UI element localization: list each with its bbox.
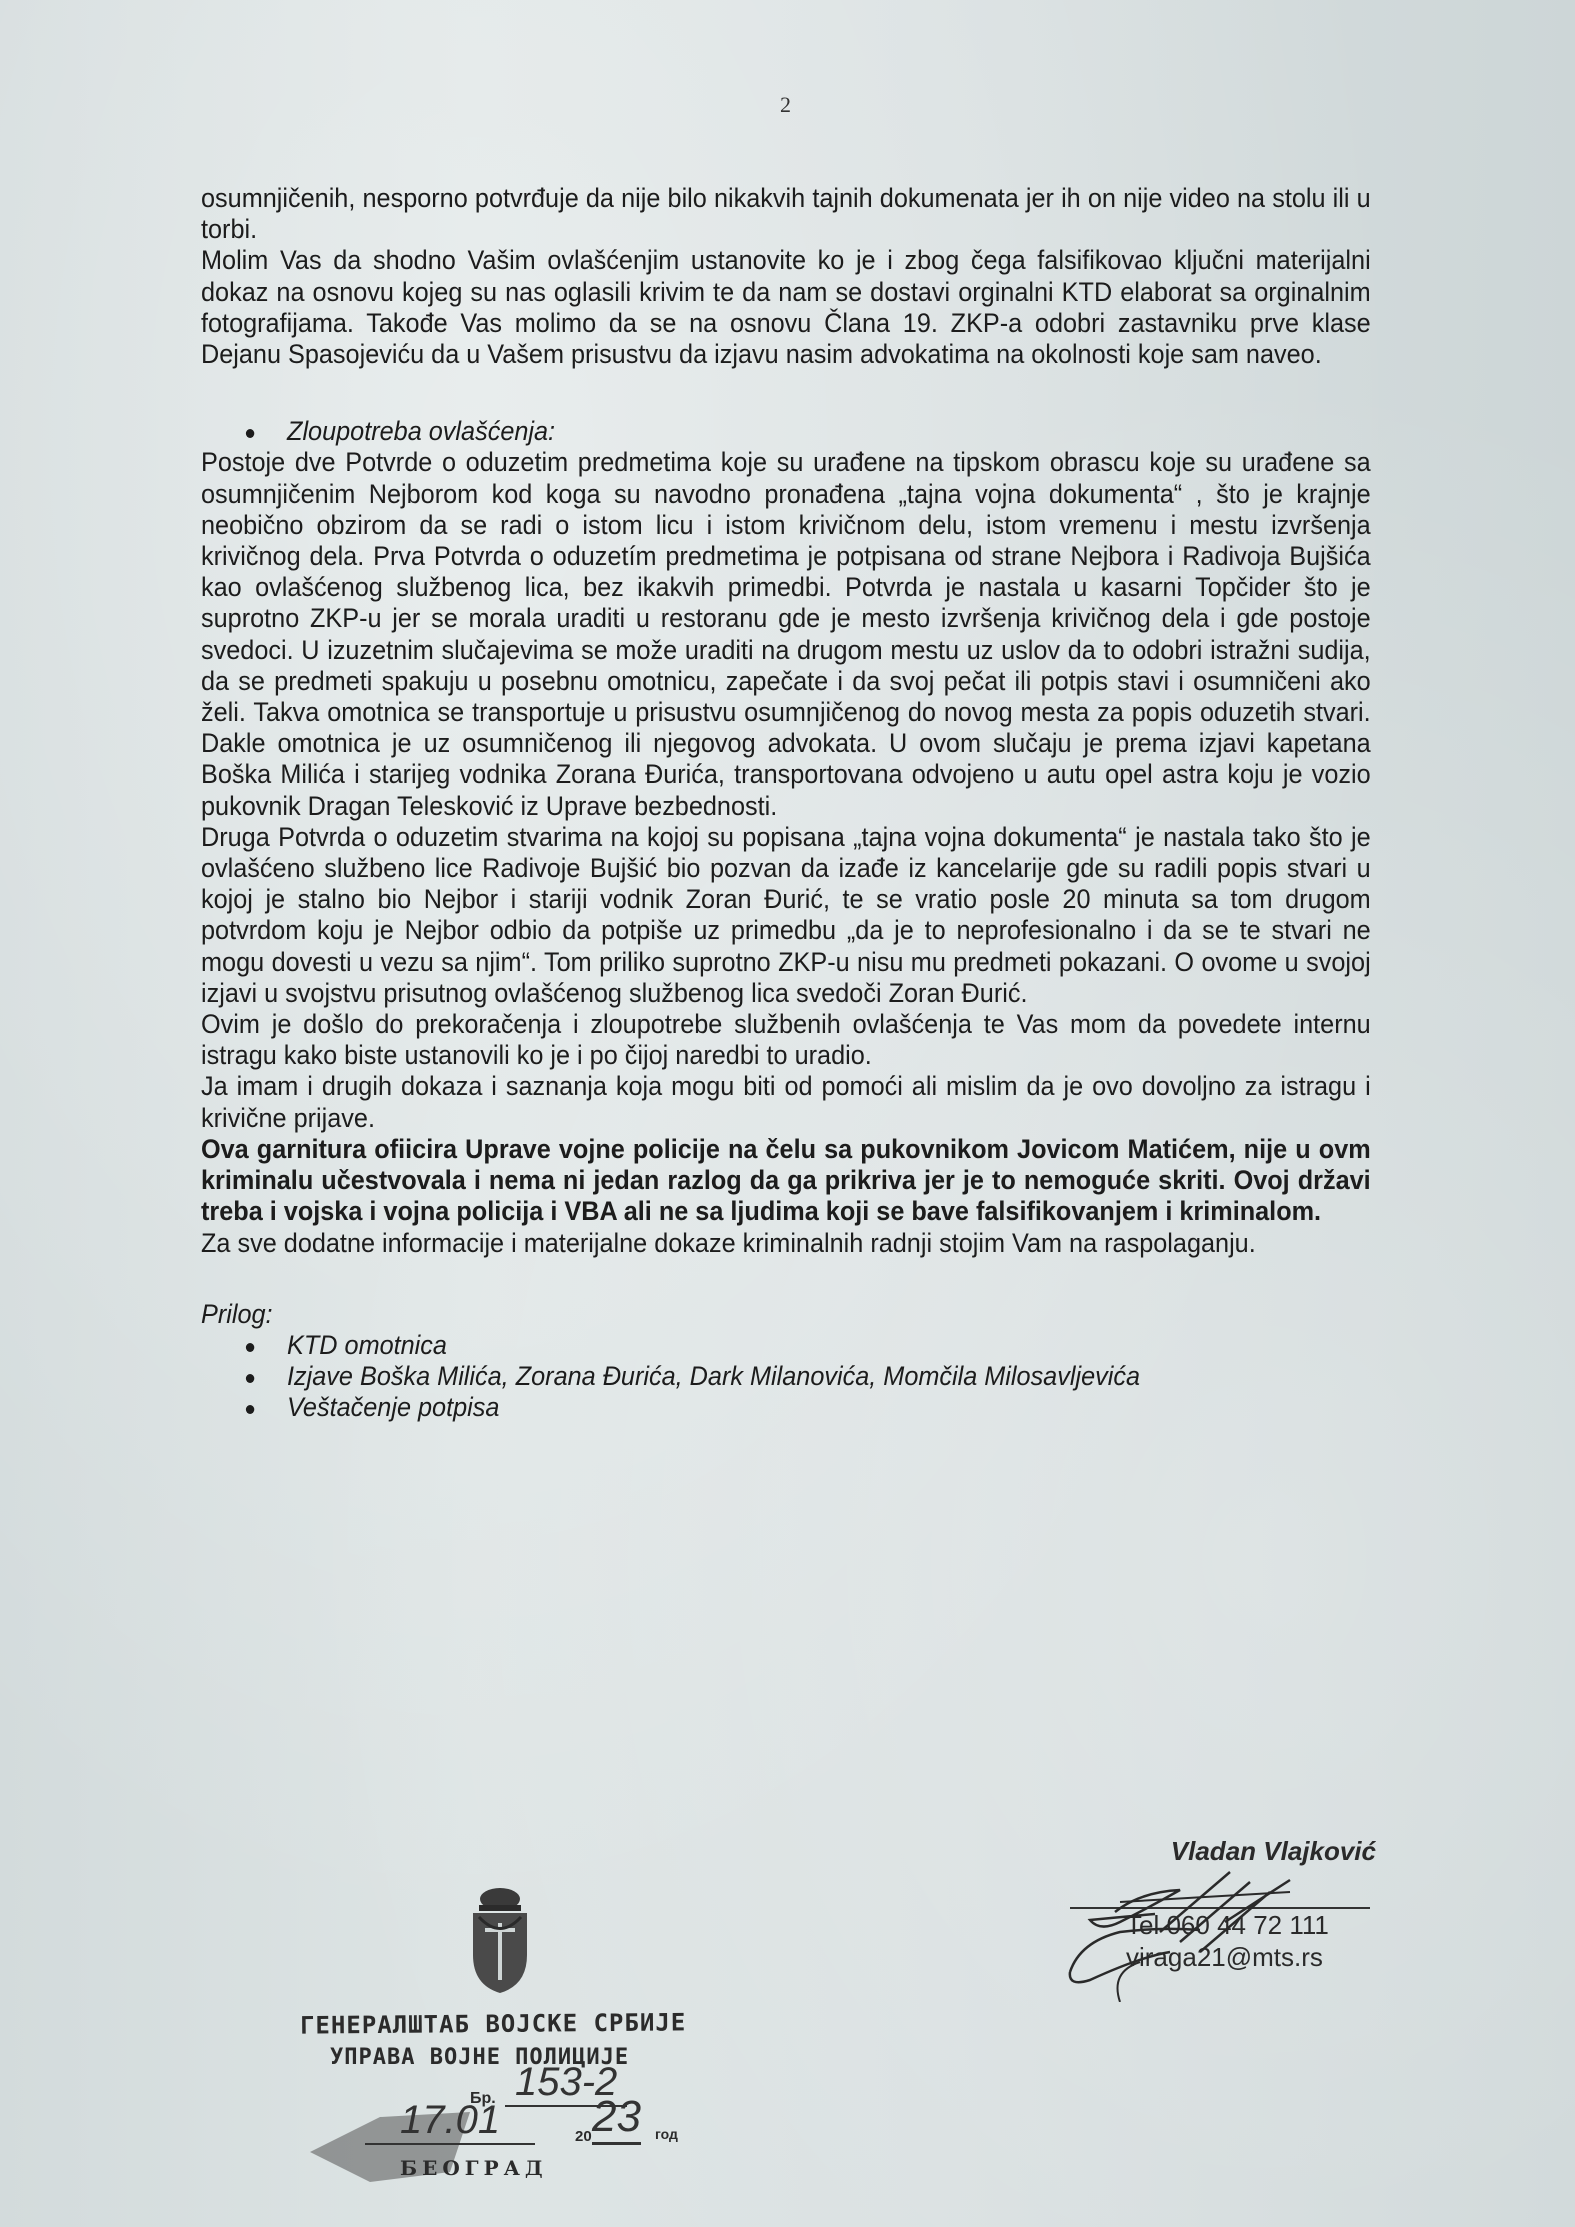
stamp-year-value: 23: [592, 2092, 641, 2145]
attachment-item: Veštačenje potpisa: [201, 1392, 1371, 1423]
stamp-year-suffix: год: [655, 2126, 678, 2142]
official-stamp: ГЕНЕРАЛШТАБ ВОЈСКЕ СРБИЈЕ УПРАВА ВОЈНЕ П…: [290, 1880, 730, 2200]
paragraph-investigation-request: Ovim je došlo do prekoračenja i zloupotr…: [201, 1009, 1371, 1071]
section-heading-abuse: Zloupotreba ovlašćenja:: [201, 416, 1371, 447]
attachments-label: Prilog:: [201, 1299, 1371, 1330]
paragraph-bold-statement: Ova garnitura ofiicira Uprave vojne poli…: [201, 1134, 1371, 1228]
paragraph-intro-1: osumnjičenih, nesporno potvrđuje da nije…: [201, 183, 1371, 245]
attachments-list: KTD omotnica Izjave Boška Milića, Zorana…: [201, 1330, 1371, 1424]
paragraph-more-evidence: Ja imam i drugih dokaza i saznanja koja …: [201, 1071, 1371, 1133]
paragraph-closing: Za sve dodatne informacije i materijalne…: [201, 1228, 1371, 1259]
page-number: 2: [780, 92, 791, 118]
stamp-date-value: 17.01: [365, 2098, 535, 2145]
paragraph-first-receipt: Postoje dve Potvrde o oduzetim predmetim…: [201, 447, 1371, 821]
letter-body: osumnjičenih, nesporno potvrđuje da nije…: [201, 183, 1371, 1424]
attachment-item: Izjave Boška Milića, Zorana Đurića, Dark…: [201, 1361, 1371, 1392]
document-page: 2 osumnjičenih, nesporno potvrđuje da ni…: [0, 0, 1575, 2227]
handwritten-signature: [1060, 1862, 1340, 2002]
coat-of-arms-icon: [465, 1885, 535, 1995]
stamp-city: БЕОГРАД: [400, 2156, 548, 2180]
stamp-line-general-staff: ГЕНЕРАЛШТАБ ВОЈСКЕ СРБИЈЕ: [300, 2008, 686, 2039]
stamp-year-prefix: 20: [575, 2128, 592, 2145]
paragraph-request: Molim Vas da shodno Vašim ovlašćenjim us…: [201, 245, 1371, 370]
attachment-item: KTD omotnica: [201, 1330, 1371, 1361]
paragraph-second-receipt: Druga Potvrda o oduzetim stvarima na koj…: [201, 822, 1371, 1009]
